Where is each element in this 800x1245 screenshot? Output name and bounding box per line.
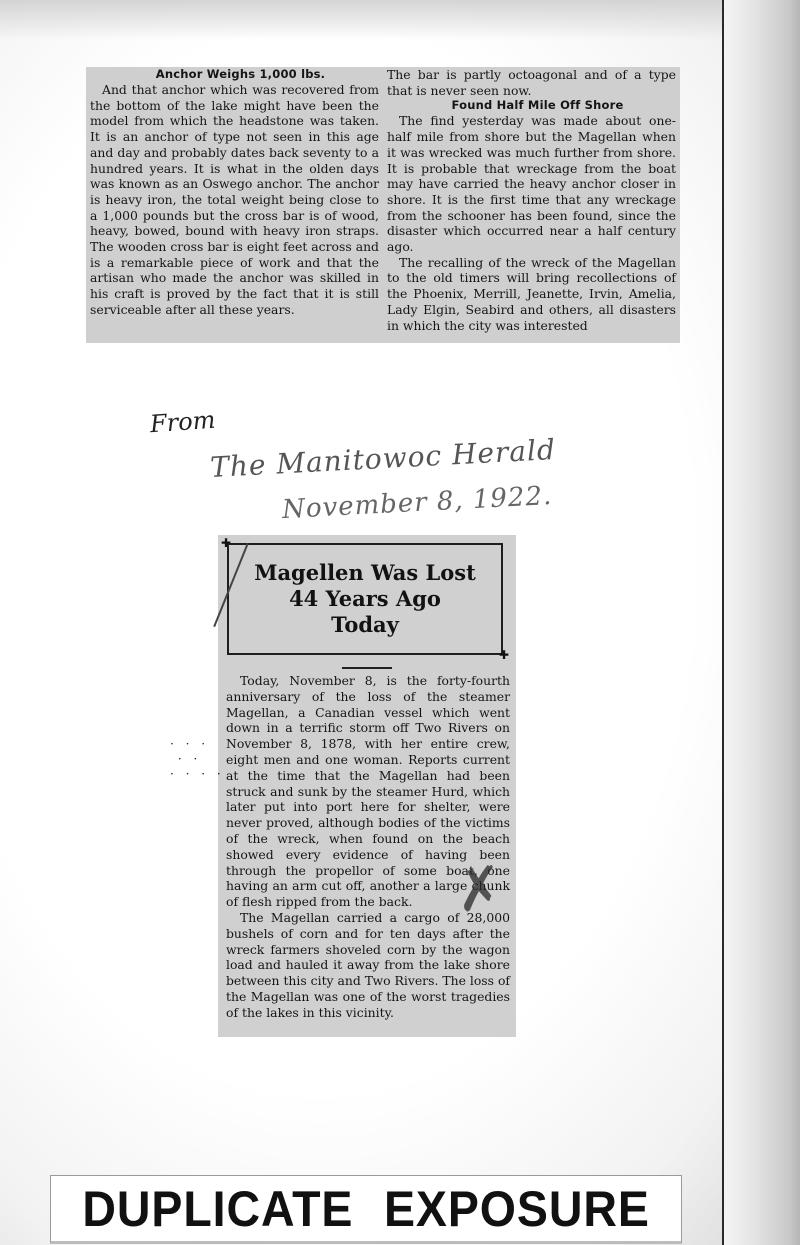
article-paragraph-2: The Magellan carried a cargo of 28,000 b… [226, 910, 510, 1021]
paragraph-continuation: The bar is partly octoagonal and of a ty… [387, 67, 676, 98]
headline-line-1: Magellen Was Lost [254, 560, 476, 586]
paragraph-find: The find yesterday was made about one-ha… [387, 113, 676, 254]
headline-box: Magellen Was Lost 44 Years Ago Today [227, 543, 503, 655]
headline-line-2: 44 Years Ago [289, 586, 441, 612]
clipping-column-right: The bar is partly octoagonal and of a ty… [387, 67, 676, 343]
paragraph-anchor: And that anchor which was recovered from… [90, 82, 379, 318]
newspaper-clipping-magellen: Magellen Was Lost 44 Years Ago Today Tod… [218, 535, 516, 1037]
subhead-found-half-mile: Found Half Mile Off Shore [387, 98, 676, 113]
article-body: Today, November 8, is the forty-fourth a… [226, 673, 510, 1021]
paragraph-recalling: The recalling of the wreck of the Magell… [387, 255, 676, 334]
margin-rule-line [722, 0, 724, 1245]
divider-rule [342, 667, 392, 669]
headline-line-3: Today [331, 612, 399, 638]
scan-shadow-top [0, 0, 724, 40]
scan-margin-right [724, 0, 800, 1245]
stamp-label: DUPLICATE EXPOSURE [82, 1180, 649, 1238]
clipping-column-left: Anchor Weighs 1,000 lbs. And that anchor… [90, 67, 379, 343]
pencil-mark-x-icon: ✗ [451, 852, 509, 926]
subhead-anchor-weighs: Anchor Weighs 1,000 lbs. [90, 67, 379, 82]
dotted-annotation-marks: · · · · ·· · · · [170, 737, 225, 782]
handwritten-from: From [149, 406, 216, 438]
duplicate-exposure-stamp: DUPLICATE EXPOSURE [50, 1175, 682, 1244]
newspaper-clipping-anchor: Anchor Weighs 1,000 lbs. And that anchor… [86, 67, 680, 343]
